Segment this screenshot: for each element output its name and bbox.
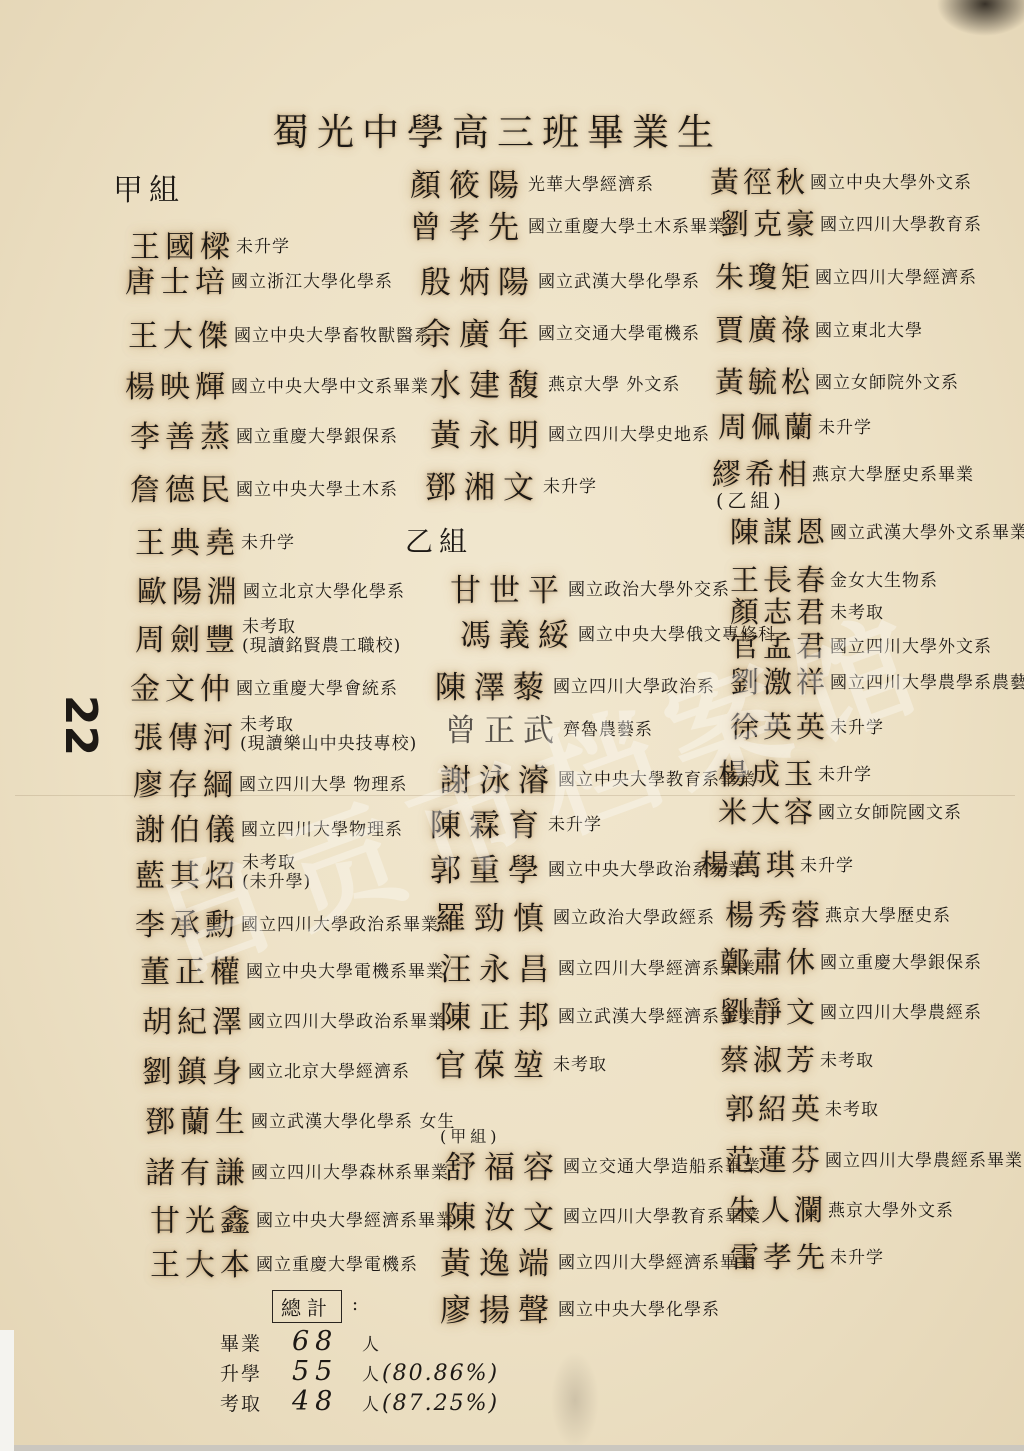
student-destination: 國立中央大學中文系畢業 — [231, 372, 429, 397]
student-name: 郭重學 — [430, 845, 547, 890]
student-entry: 李善蒸國立重慶大學銀保系 — [130, 412, 398, 456]
summary-percent: (80.86%) — [382, 1361, 499, 1386]
student-entry: 廖揚聲國立中央大學化學系 — [440, 1285, 720, 1330]
student-entry: 鄧湘文未升学 — [425, 462, 597, 507]
student-name: 官孟君 — [730, 624, 829, 665]
student-destination: 齊魯農藝系 — [563, 715, 653, 740]
student-entry: 郭重學國立中央大學政治系畢業 — [430, 845, 746, 890]
student-remark: (現讀銘賢農工職校) — [242, 637, 401, 656]
student-name: 王大傑 — [128, 311, 233, 355]
student-name: 曾孝先 — [410, 202, 527, 247]
page-number: 22 — [55, 695, 106, 756]
student-name: 金文仲 — [130, 664, 235, 708]
student-destination: 國立中央大學畜牧獸醫系 — [234, 321, 432, 346]
student-entry: 黃逸端國立四川大學經濟系畢業 — [440, 1238, 756, 1283]
student-entry: 羅勁慎國立政治大學政經系 — [435, 893, 715, 938]
student-destination: 國立四川大學經濟系畢業 — [558, 1248, 756, 1273]
student-destination: 未升学 — [818, 760, 872, 785]
student-destination: 國立中央大學電機系畢業 — [246, 957, 444, 982]
student-name: 張傳河 — [133, 713, 238, 757]
student-name: 黃徑秋 — [710, 160, 809, 201]
student-name: 賈廣祿 — [715, 308, 814, 349]
student-destination: 燕京大學歷史系 — [825, 901, 951, 926]
student-destination: 國立中央大學化學系 — [558, 1295, 720, 1320]
student-entry: 朱人瀾燕京大學外文系 — [728, 1188, 954, 1229]
student-destination: 國立四川大學史地系 — [548, 420, 710, 445]
student-entry: 范蓮芬國立四川大學農經系畢業 — [725, 1138, 1023, 1179]
student-name: 朱人瀾 — [728, 1188, 827, 1229]
student-destination: 燕京大學歷史系畢業 — [812, 460, 974, 485]
student-name: 諸有謙 — [145, 1148, 250, 1192]
student-entry: 周劍豐未考取(現讀銘賢農工職校) — [135, 615, 401, 659]
student-remark: (現讀樂山中央技專校) — [240, 735, 417, 754]
student-name: 藍其炤 — [135, 851, 240, 895]
student-entry: 周佩蘭未升学 — [718, 405, 872, 446]
student-name: 李承勳 — [135, 900, 240, 944]
student-entry: 殷炳陽國立武漢大學化學系 — [420, 257, 700, 302]
student-name: 米大容 — [718, 790, 817, 831]
student-destination: 國立浙江大學化學系 — [231, 267, 393, 292]
student-entry: 楊映輝國立中央大學中文系畢業 — [125, 362, 429, 406]
student-destination: 國立中央大學外文系 — [810, 168, 972, 193]
student-entry: 官孟君國立四川大學外文系 — [730, 624, 992, 665]
student-entry: 曾孝先國立重慶大學土木系畢業 — [410, 202, 726, 247]
summary-row-graduates: 畢業 68 人 — [220, 1326, 382, 1357]
student-name: 顏筱陽 — [410, 160, 527, 205]
student-name: 朱瓊矩 — [715, 255, 814, 296]
student-name: 胡紀澤 — [142, 997, 247, 1041]
student-name: 劉激祥 — [730, 660, 829, 701]
summary-value: 48 — [292, 1386, 362, 1417]
student-entry: 朱瓊矩國立四川大學經濟系 — [715, 255, 977, 296]
student-entry: 楊萬琪未升学 — [700, 843, 854, 884]
student-name: 鄧蘭生 — [145, 1097, 250, 1141]
student-destination: 國立四川大學政治系畢業 — [248, 1007, 446, 1032]
student-destination: 國立重慶大學會統系 — [236, 674, 398, 699]
student-entry: 水建馥燕京大學 外文系 — [430, 360, 680, 405]
student-entry: 黃徑秋國立中央大學外文系 — [710, 160, 972, 201]
student-name: 謝泳濬 — [440, 755, 557, 800]
student-name: 王大本 — [150, 1240, 255, 1284]
student-entry: 藍其炤未考取(未升學) — [135, 851, 311, 895]
student-entry: 王大傑國立中央大學畜牧獸醫系 — [128, 311, 432, 355]
student-entry: 劉靜文國立四川大學農經系 — [720, 990, 982, 1031]
student-destination: 國立政治大學政經系 — [553, 903, 715, 928]
student-destination: 國立四川大學外文系 — [830, 632, 992, 657]
student-destination: 國立四川大學物理系 — [241, 815, 403, 840]
student-destination: 國立武漢大學化學系 女生 — [251, 1107, 455, 1132]
student-entry: 余廣年國立交通大學電機系 — [420, 309, 700, 354]
student-destination: 國立四川大學政治系 — [553, 672, 715, 697]
student-name: 鄧湘文 — [425, 462, 542, 507]
student-destination: 未升学 — [548, 810, 602, 835]
student-entry: 賈廣祿國立東北大學 — [715, 308, 923, 349]
student-destination: 未升学 — [818, 413, 872, 438]
student-entry: 金文仲國立重慶大學會統系 — [130, 664, 398, 708]
student-entry: 汪永昌國立四川大學經濟系畢業 — [440, 944, 756, 989]
student-name: 楊萬琪 — [700, 843, 799, 884]
student-entry: 官葆堃未考取 — [435, 1040, 607, 1085]
student-name: 陳汝文 — [445, 1192, 562, 1237]
student-name: 黃永明 — [430, 410, 547, 455]
student-entry: 徐英英未升学 — [730, 705, 884, 746]
student-entry: 曾正武齊魯農藝系 — [445, 705, 653, 750]
student-destination: 國立東北大學 — [815, 316, 923, 341]
summary-label: 考取 — [220, 1389, 292, 1416]
summary-row-further-study: 升學 55 人 (80.86%) — [220, 1356, 499, 1387]
student-name: 鄭肅休 — [720, 940, 819, 981]
student-entry: 劉克豪國立四川大學教育系 — [720, 202, 982, 243]
student-entry: 楊秀蓉燕京大學歷史系 — [725, 893, 951, 934]
student-destination: 國立四川大學 物理系 — [239, 770, 407, 795]
student-name: 劉靜文 — [720, 990, 819, 1031]
student-name: 陳霖育 — [430, 800, 547, 845]
student-destination: 國立四川大學經濟系 — [815, 263, 977, 288]
student-entry: 雷孝先未升学 — [730, 1235, 884, 1276]
student-entry: 甘世平國立政治大學外交系 — [450, 565, 730, 610]
student-name: 唐士培 — [125, 257, 230, 301]
student-name: 水建馥 — [430, 360, 547, 405]
student-name: 羅勁慎 — [435, 893, 552, 938]
student-destination: 國立四川大學農學系農藝系 — [830, 668, 1024, 693]
student-destination: 未考取 — [242, 618, 401, 637]
student-destination: 國立中央大學經濟系畢業 — [256, 1206, 454, 1231]
student-destination: 國立武漢大學外文系畢業 — [830, 518, 1024, 543]
group-label-yi: 乙組 — [405, 520, 473, 560]
student-destination: 國立重慶大學土木系畢業 — [528, 212, 726, 237]
summary-unit: 人 — [362, 1360, 382, 1385]
student-entry: 謝伯儀國立四川大學物理系 — [135, 805, 403, 849]
student-entry: 王典堯未升学 — [135, 518, 295, 562]
student-name: 廖揚聲 — [440, 1285, 557, 1330]
student-entry: 廖存綱國立四川大學 物理系 — [133, 760, 407, 804]
student-entry: 甘光鑫國立中央大學經濟系畢業 — [150, 1196, 454, 1240]
student-name: 甘光鑫 — [150, 1196, 255, 1240]
student-name: 官葆堃 — [435, 1040, 552, 1085]
student-name: 繆希相 — [712, 452, 811, 493]
student-name: 陳澤藜 — [435, 662, 552, 707]
student-name: 陳謀恩 — [730, 510, 829, 551]
student-destination: 未升学 — [241, 528, 295, 553]
student-destination: 國立女師院國文系 — [818, 798, 962, 823]
student-entry: 顏筱陽光華大學經濟系 — [410, 160, 654, 205]
student-entry: 劉激祥國立四川大學農學系農藝系 — [730, 660, 1024, 701]
student-name: 董正權 — [140, 947, 245, 991]
student-name: 馮義綏 — [460, 610, 577, 655]
student-name: 舒福容 — [445, 1142, 562, 1187]
student-entry: 楊成玉未升学 — [718, 752, 872, 793]
student-destination: 國立武漢大學化學系 — [538, 267, 700, 292]
student-name: 謝伯儀 — [135, 805, 240, 849]
student-destination: 未升学 — [236, 232, 290, 257]
student-remark: (未升學) — [242, 873, 311, 892]
student-destination: 國立女師院外文系 — [815, 368, 959, 393]
student-entry: 鄭肅休國立重慶大學銀保系 — [720, 940, 982, 981]
summary-value: 55 — [292, 1356, 362, 1387]
student-entry: 謝泳濬國立中央大學教育系畢業 — [440, 755, 756, 800]
student-destination: 未升学 — [800, 851, 854, 876]
student-name: 余廣年 — [420, 309, 537, 354]
student-destination: 國立中央大學土木系 — [236, 475, 398, 500]
student-entry: 蔡淑芳未考取 — [720, 1038, 874, 1079]
group-label-jia: 甲組 — [113, 165, 185, 209]
student-entry: 陳澤藜國立四川大學政治系 — [435, 662, 715, 707]
student-destination: 未考取 — [240, 716, 417, 735]
student-name: 李善蒸 — [130, 412, 235, 456]
student-name: 蔡淑芳 — [720, 1038, 819, 1079]
student-entry: 鄧蘭生國立武漢大學化學系 女生 — [145, 1097, 455, 1141]
student-name: 雷孝先 — [730, 1235, 829, 1276]
student-destination: 未升学 — [830, 713, 884, 738]
student-destination: 未考取 — [830, 598, 884, 623]
student-entry: 黃毓松國立女師院外文系 — [715, 360, 959, 401]
student-entry: 詹德民國立中央大學土木系 — [130, 465, 398, 509]
student-name: 王典堯 — [135, 518, 240, 562]
student-name: 曾正武 — [445, 705, 562, 750]
student-destination: 國立重慶大學電機系 — [256, 1250, 418, 1275]
student-entry: 舒福容國立交通大學造船系畢業 — [445, 1142, 761, 1187]
student-entry: 繆希相燕京大學歷史系畢業 — [712, 452, 974, 493]
student-entry: 陳謀恩國立武漢大學外文系畢業 — [730, 510, 1024, 551]
summary-label: 畢業 — [220, 1329, 292, 1356]
summary-unit: 人 — [362, 1330, 382, 1355]
student-entry: 董正權國立中央大學電機系畢業 — [140, 947, 444, 991]
student-name: 郭紹英 — [725, 1087, 824, 1128]
student-name: 楊映輝 — [125, 362, 230, 406]
student-name: 周劍豐 — [135, 615, 240, 659]
student-name: 陳正邦 — [440, 992, 557, 1037]
summary-unit: 人 — [362, 1390, 382, 1415]
student-destination: 未考取 — [242, 854, 311, 873]
student-destination: 未考取 — [553, 1050, 607, 1075]
student-entry: 胡紀澤國立四川大學政治系畢業 — [142, 997, 446, 1041]
student-destination: 光華大學經濟系 — [528, 170, 654, 195]
student-entry: 陳汝文國立四川大學教育系畢業 — [445, 1192, 761, 1237]
student-name: 歐陽淵 — [137, 567, 242, 611]
student-entry: 諸有謙國立四川大學森林系畢業 — [145, 1148, 449, 1192]
summary-label: 升學 — [220, 1359, 292, 1386]
student-entry: 郭紹英未考取 — [725, 1087, 879, 1128]
student-destination: 未升学 — [543, 472, 597, 497]
student-destination: 國立四川大學森林系畢業 — [251, 1158, 449, 1183]
student-destination: 國立四川大學農經系 — [820, 998, 982, 1023]
student-destination: 國立四川大學政治系畢業 — [241, 910, 439, 935]
scan-edge — [0, 1330, 14, 1451]
student-entry: 李承勳國立四川大學政治系畢業 — [135, 900, 439, 944]
student-destination: 國立北京大學化學系 — [243, 577, 405, 602]
student-entry: 歐陽淵國立北京大學化學系 — [137, 567, 405, 611]
student-name: 汪永昌 — [440, 944, 557, 989]
student-destination: 金女大生物系 — [830, 566, 938, 591]
student-entry: 張傳河未考取(現讀樂山中央技專校) — [133, 713, 417, 757]
student-name: 廖存綱 — [133, 760, 238, 804]
student-entry: 米大容國立女師院國文系 — [718, 790, 962, 831]
student-name: 楊秀蓉 — [725, 893, 824, 934]
student-destination: 國立政治大學外交系 — [568, 575, 730, 600]
student-entry: 唐士培國立浙江大學化學系 — [125, 257, 393, 301]
student-destination: 國立重慶大學銀保系 — [236, 422, 398, 447]
student-destination: 國立重慶大學銀保系 — [820, 948, 982, 973]
student-name: 徐英英 — [730, 705, 829, 746]
student-name: 周佩蘭 — [718, 405, 817, 446]
student-destination: 未升学 — [830, 1243, 884, 1268]
summary-value: 68 — [292, 1326, 362, 1357]
student-name: 范蓮芬 — [725, 1138, 824, 1179]
document-title: 蜀光中學高三班畢業生 — [272, 102, 722, 156]
student-entry: 王大本國立重慶大學電機系 — [150, 1240, 418, 1284]
summary-heading: 總計 — [272, 1290, 342, 1323]
student-destination: 國立交通大學電機系 — [538, 319, 700, 344]
summary-percent: (87.25%) — [382, 1391, 499, 1416]
student-name: 楊成玉 — [718, 752, 817, 793]
student-entry: 陳霖育未升学 — [430, 800, 602, 845]
student-name: 甘世平 — [450, 565, 567, 610]
summary-row-admitted: 考取 48 人 (87.25%) — [220, 1386, 499, 1417]
student-destination: 未考取 — [825, 1095, 879, 1120]
student-destination: 燕京大學 外文系 — [548, 370, 680, 395]
student-destination: 國立北京大學經濟系 — [248, 1057, 410, 1082]
student-destination: 未考取 — [820, 1046, 874, 1071]
student-name: 劉克豪 — [720, 202, 819, 243]
student-name: 黃逸端 — [440, 1238, 557, 1283]
student-name: 殷炳陽 — [420, 257, 537, 302]
student-entry: 馮義綏國立中央大學俄文專修科 — [460, 610, 776, 655]
student-destination: 國立四川大學教育系 — [820, 210, 982, 235]
student-name: 詹德民 — [130, 465, 235, 509]
student-entry: 劉鎮身國立北京大學經濟系 — [142, 1047, 410, 1091]
student-name: 黃毓松 — [715, 360, 814, 401]
summary-colon: : — [352, 1294, 358, 1315]
student-entry: 黃永明國立四川大學史地系 — [430, 410, 710, 455]
student-destination: 國立四川大學農經系畢業 — [825, 1146, 1023, 1171]
student-destination: 燕京大學外文系 — [828, 1196, 954, 1221]
student-entry: 陳正邦國立武漢大學經濟系畢業 — [440, 992, 756, 1037]
student-name: 劉鎮身 — [142, 1047, 247, 1091]
